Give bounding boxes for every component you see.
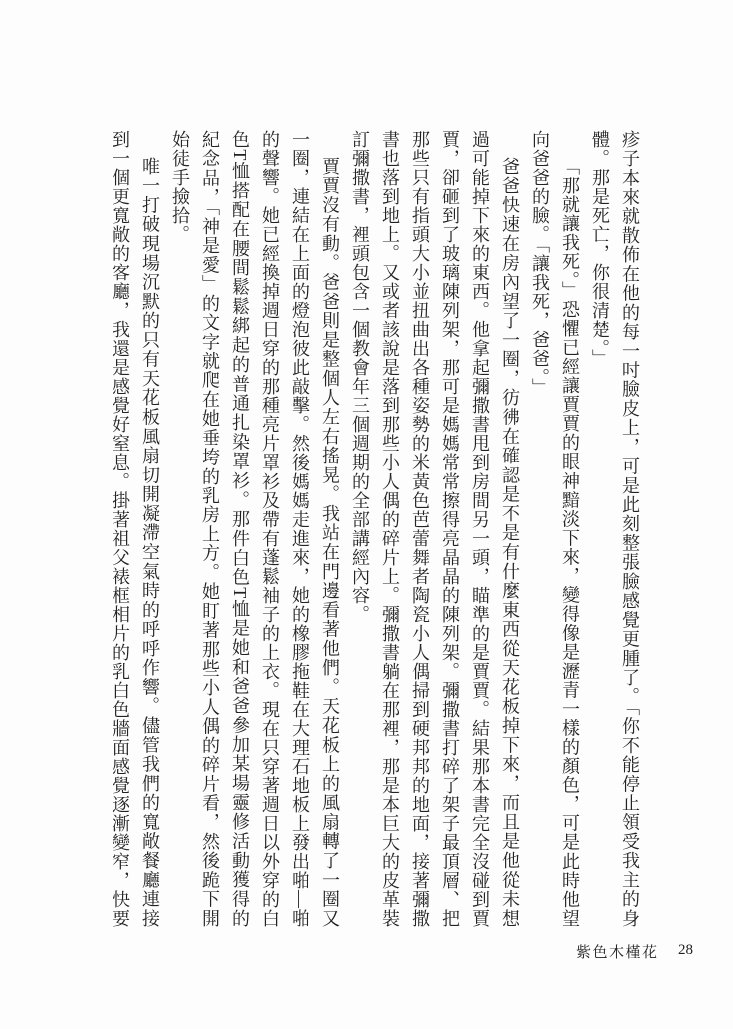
page-text: 疹子本來就散佈在他的每一吋臉皮上，可是此刻整張臉感覺更腫了。「你不能停止領受我主… bbox=[113, 130, 645, 928]
paragraph: 疹子本來就散佈在他的每一吋臉皮上，可是此刻整張臉感覺更腫了。「你不能停止領受我主… bbox=[585, 130, 645, 928]
paragraph: 賈賈沒有動。爸爸則是整個人左右搖晃。我站在門邊看著他們。天花板上的風扇轉了一圈又… bbox=[165, 130, 345, 928]
book-title: 紫色木槿花 bbox=[576, 941, 659, 962]
paragraph: 爸爸快速在房內望了一圈，彷彿在確認是不是有什麼東西從天花板掉下來，而且是他從未想… bbox=[345, 130, 525, 928]
paragraph: 唯一打破現場沉默的只有天花板風扇切開凝滯空氣時的呼呼作響。儘管我們的寬敞餐廳連接… bbox=[113, 130, 165, 928]
page-number: 28 bbox=[678, 942, 693, 959]
paragraph: 「那就讓我死。」恐懼已經讓賈賈的眼神黯淡下來，變得像是瀝青一樣的顏色，可是此時他… bbox=[525, 130, 585, 928]
book-page: 疹子本來就散佈在他的每一吋臉皮上，可是此刻整張臉感覺更腫了。「你不能停止領受我主… bbox=[0, 0, 733, 1029]
page-footer: 紫色木槿花 28 bbox=[0, 941, 733, 963]
